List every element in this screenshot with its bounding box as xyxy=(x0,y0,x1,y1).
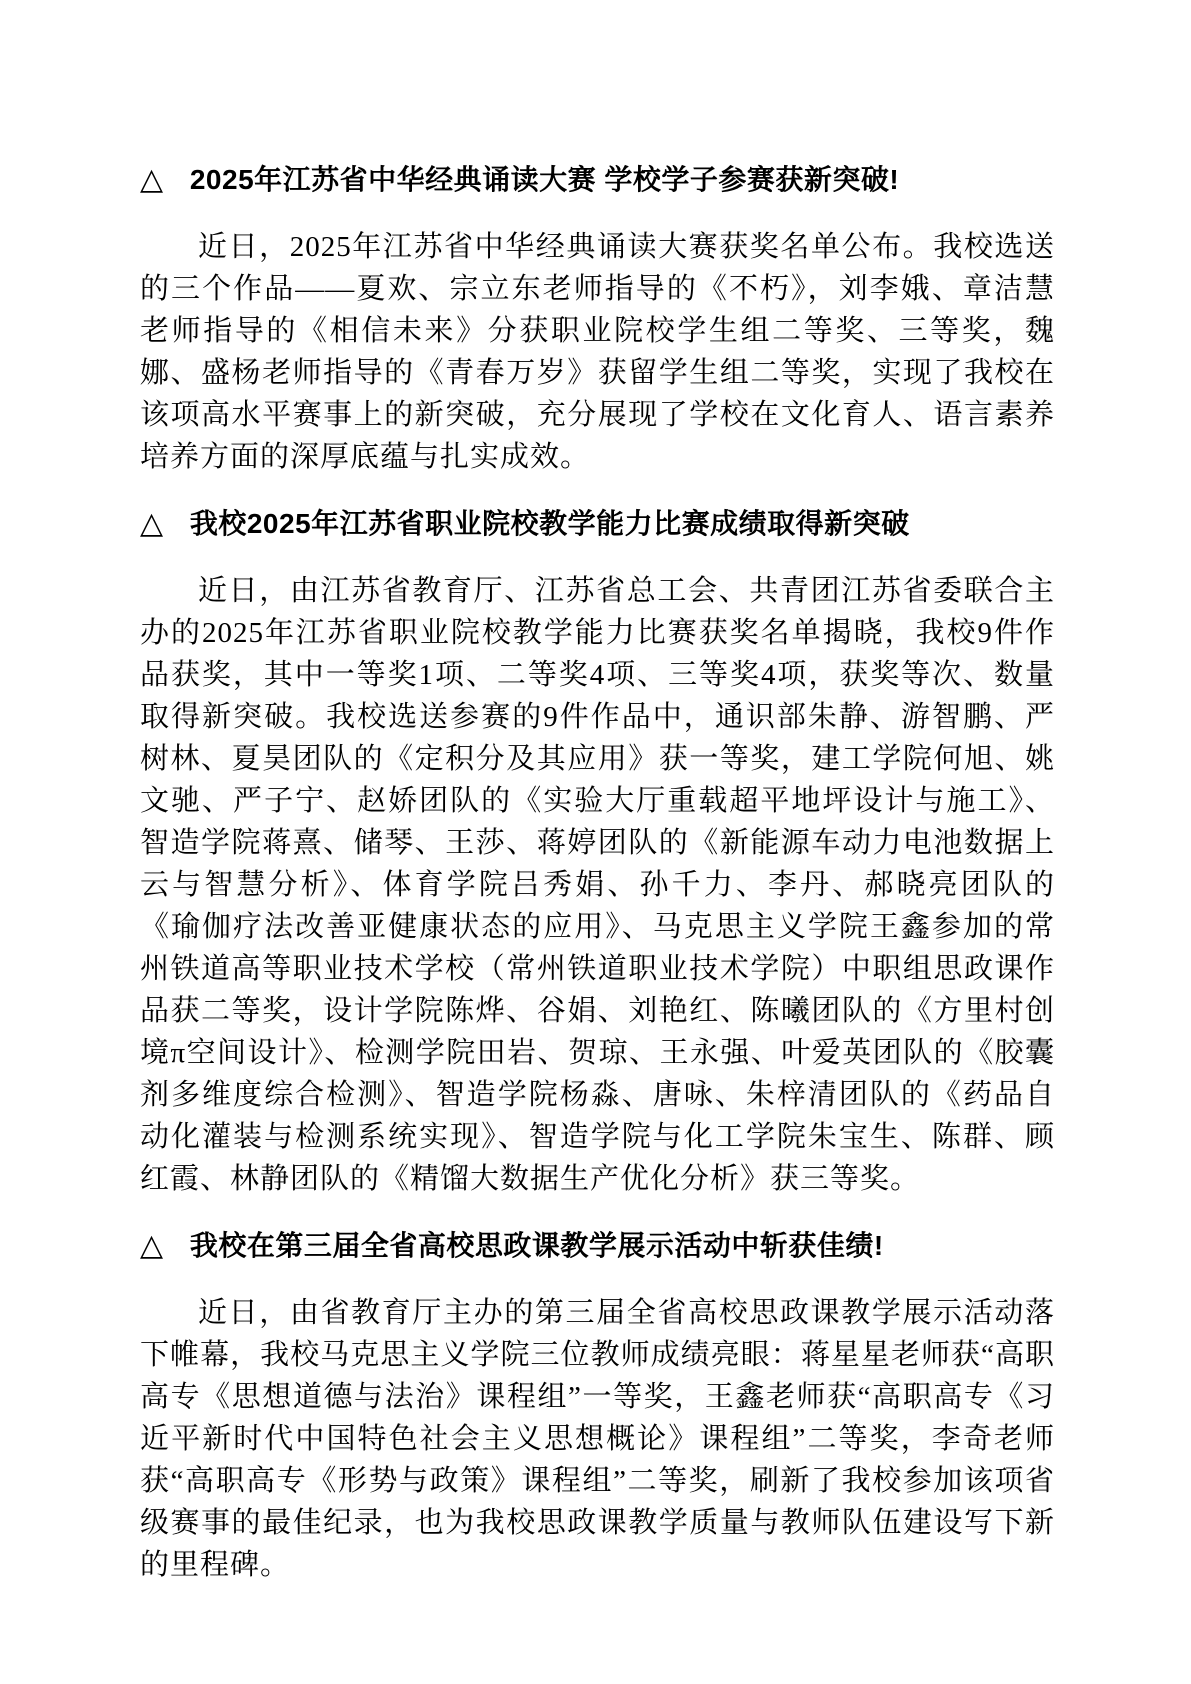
section-paragraph: 近日，由省教育厅主办的第三届全省高校思政课教学展示活动落下帷幕，我校马克思主义学… xyxy=(140,1292,1055,1586)
section-heading: △ 我校2025年江苏省职业院校教学能力比赛成绩取得新突破 xyxy=(140,506,1055,542)
news-section-recitation-contest: △ 2025年江苏省中华经典诵读大赛 学校学子参赛获新突破! 近日，2025年江… xyxy=(140,162,1055,478)
news-section-teaching-ability-contest: △ 我校2025年江苏省职业院校教学能力比赛成绩取得新突破 近日，由江苏省教育厅… xyxy=(140,506,1055,1200)
section-paragraph: 近日，2025年江苏省中华经典诵读大赛获奖名单公布。我校选送的三个作品——夏欢、… xyxy=(140,226,1055,478)
section-heading: △ 2025年江苏省中华经典诵读大赛 学校学子参赛获新突破! xyxy=(140,162,1055,198)
triangle-bullet-icon: △ xyxy=(140,1228,164,1264)
news-section-ideological-course-showcase: △ 我校在第三届全省高校思政课教学展示活动中斩获佳绩! 近日，由省教育厅主办的第… xyxy=(140,1228,1055,1586)
section-heading-text: 我校在第三届全省高校思政课教学展示活动中斩获佳绩! xyxy=(190,1230,884,1261)
section-heading: △ 我校在第三届全省高校思政课教学展示活动中斩获佳绩! xyxy=(140,1228,1055,1264)
section-paragraph: 近日，由江苏省教育厅、江苏省总工会、共青团江苏省委联合主办的2025年江苏省职业… xyxy=(140,570,1055,1200)
document-page: △ 2025年江苏省中华经典诵读大赛 学校学子参赛获新突破! 近日，2025年江… xyxy=(0,0,1191,1684)
section-heading-text: 2025年江苏省中华经典诵读大赛 学校学子参赛获新突破! xyxy=(190,164,899,195)
section-heading-text: 我校2025年江苏省职业院校教学能力比赛成绩取得新突破 xyxy=(190,508,910,539)
triangle-bullet-icon: △ xyxy=(140,162,164,198)
triangle-bullet-icon: △ xyxy=(140,506,164,542)
